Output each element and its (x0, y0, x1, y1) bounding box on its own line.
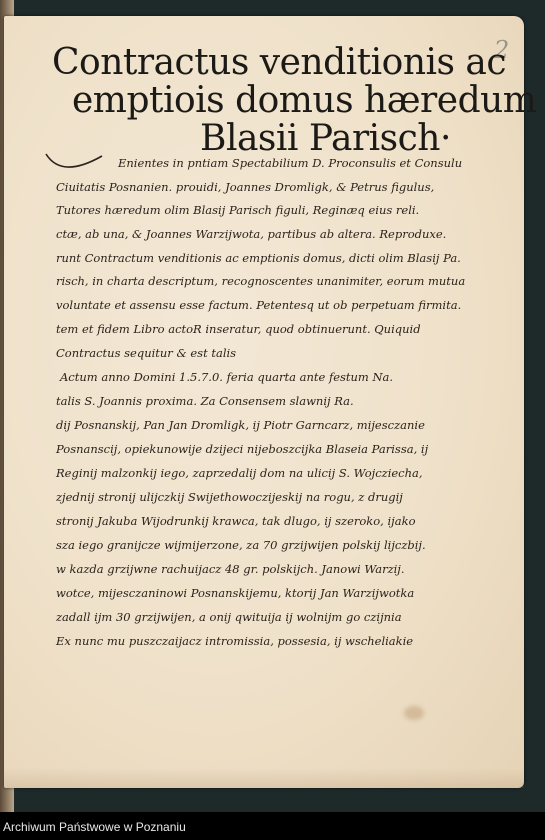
manuscript-line: Posnanscij, opiekunowije dzijeci nijebos… (56, 442, 428, 456)
manuscript-line: wotce, mijesczaninowi Posnanskijemu, kto… (56, 586, 414, 600)
manuscript-line: Tutores hæredum olim Blasij Parisch figu… (56, 203, 419, 217)
manuscript-line: Enientes in pntiam Spectabilium D. Proco… (118, 156, 462, 170)
document-title: Contractus venditionis ac emptiois domus… (50, 44, 490, 158)
manuscript-line: zjednij stronij ulijczkij Swijethowoczij… (56, 490, 403, 504)
archive-caption: Archiwum Państwowe w Poznaniu (3, 820, 186, 834)
manuscript-line: Ciuitatis Posnanien. prouidi, Joannes Dr… (56, 180, 434, 194)
manuscript-line: w kazda grzijwne rachuijacz 48 gr. polsk… (56, 562, 405, 576)
title-line-2: emptiois domus hæredum (72, 82, 490, 120)
title-line-3: Blasii Parisch· (200, 120, 490, 158)
manuscript-scan: 2 Contractus venditionis ac emptiois dom… (0, 0, 545, 812)
manuscript-line: Reginij malzonkij iego, zaprzedalij dom … (56, 466, 423, 480)
manuscript-line: tem et fidem Libro actoR inseratur, quod… (56, 322, 421, 336)
manuscript-line: zadall ijm 30 grzijwijen, a onij qwituij… (56, 610, 402, 624)
manuscript-line: sza iego granijcze wijmijerzone, za 70 g… (56, 538, 426, 552)
manuscript-line: voluntate et assensu esse factum. Petent… (56, 298, 461, 312)
page-edge-shadow (4, 768, 524, 788)
manuscript-line: Ex nunc mu puszczaijacz intromissia, pos… (56, 634, 413, 648)
manuscript-line: risch, in charta descriptum, recognoscen… (56, 274, 465, 288)
manuscript-line: ctæ, ab una, & Joannes Warzijwota, parti… (56, 227, 446, 241)
manuscript-line: Contractus sequitur & est talis (56, 346, 236, 360)
water-stain (404, 706, 424, 720)
initial-flourish-icon (44, 150, 104, 172)
manuscript-line: dij Posnanskij, Pan Jan Dromligk, ij Pio… (56, 418, 425, 432)
manuscript-line: talis S. Joannis proxima. Za Consensem s… (56, 394, 354, 408)
manuscript-line: runt Contractum venditionis ac emptionis… (56, 251, 461, 265)
manuscript-line: stronij Jakuba Wijodrunkij krawca, tak d… (56, 514, 416, 528)
caption-bar: Archiwum Państwowe w Poznaniu (0, 812, 545, 840)
title-line-1: Contractus venditionis ac (52, 44, 490, 82)
manuscript-line: Actum anno Domini 1.5.7.0. feria quarta … (60, 370, 393, 384)
